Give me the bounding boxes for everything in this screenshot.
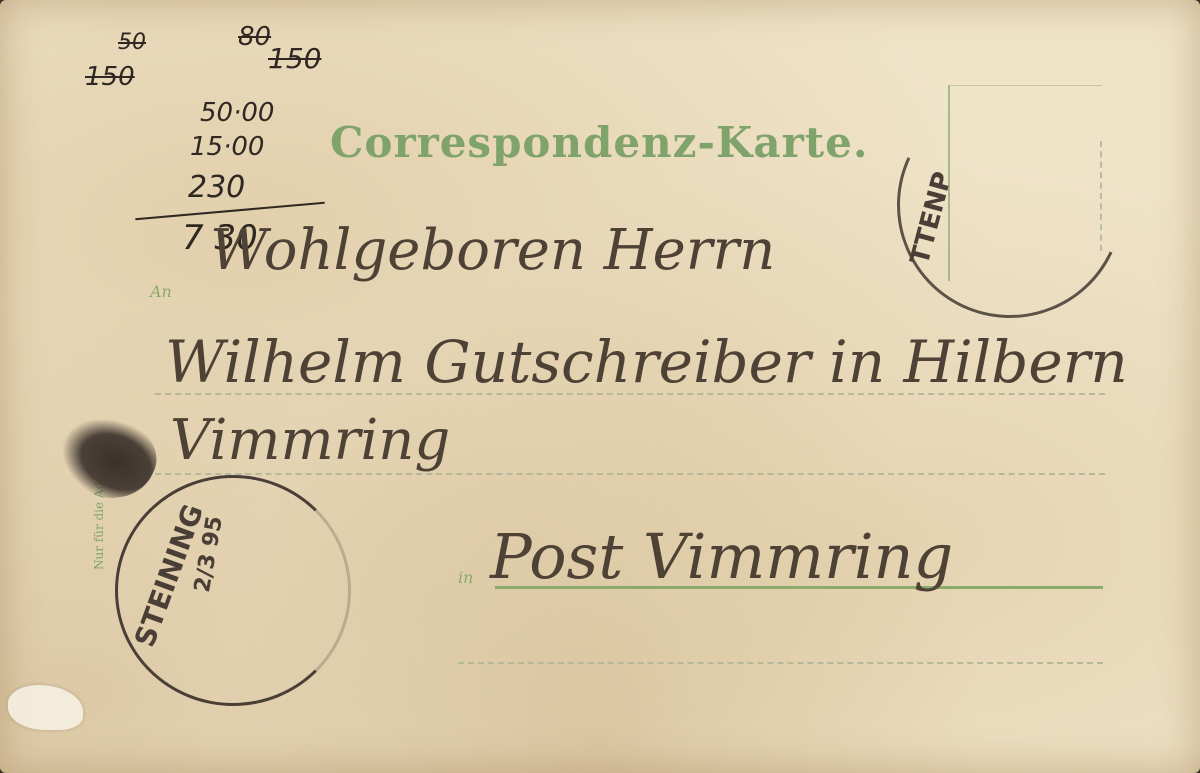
handwriting-line-3: Vimmring: [170, 408, 450, 473]
handwriting-line-2: Wilhelm Gutschreiber in Hilbern: [165, 328, 1128, 396]
sum-line: 230: [188, 170, 245, 205]
paper-tear: [8, 685, 83, 730]
crossed-number: 80: [238, 22, 271, 52]
ink-blot: [48, 402, 168, 515]
address-line: [155, 473, 1105, 475]
crossed-number: 150: [268, 42, 321, 75]
place-prefix: in: [458, 568, 473, 587]
crossed-number: 50: [118, 30, 146, 55]
address-line: [458, 662, 1103, 664]
postmark-top: [865, 60, 1155, 350]
sum-line: 15·00: [190, 132, 264, 162]
sum-line: 50·00: [200, 98, 274, 128]
card-title: Correspondenz-Karte.: [330, 118, 868, 167]
crossed-number: 150: [85, 62, 135, 92]
handwriting-line-1: Wohlgeboren Herrn: [210, 218, 775, 283]
address-prefix: An: [150, 282, 172, 301]
postcard: Correspondenz-Karte. 50 150 80 150 50·00…: [0, 0, 1200, 773]
handwriting-line-4: Post Vimmring: [490, 520, 953, 593]
